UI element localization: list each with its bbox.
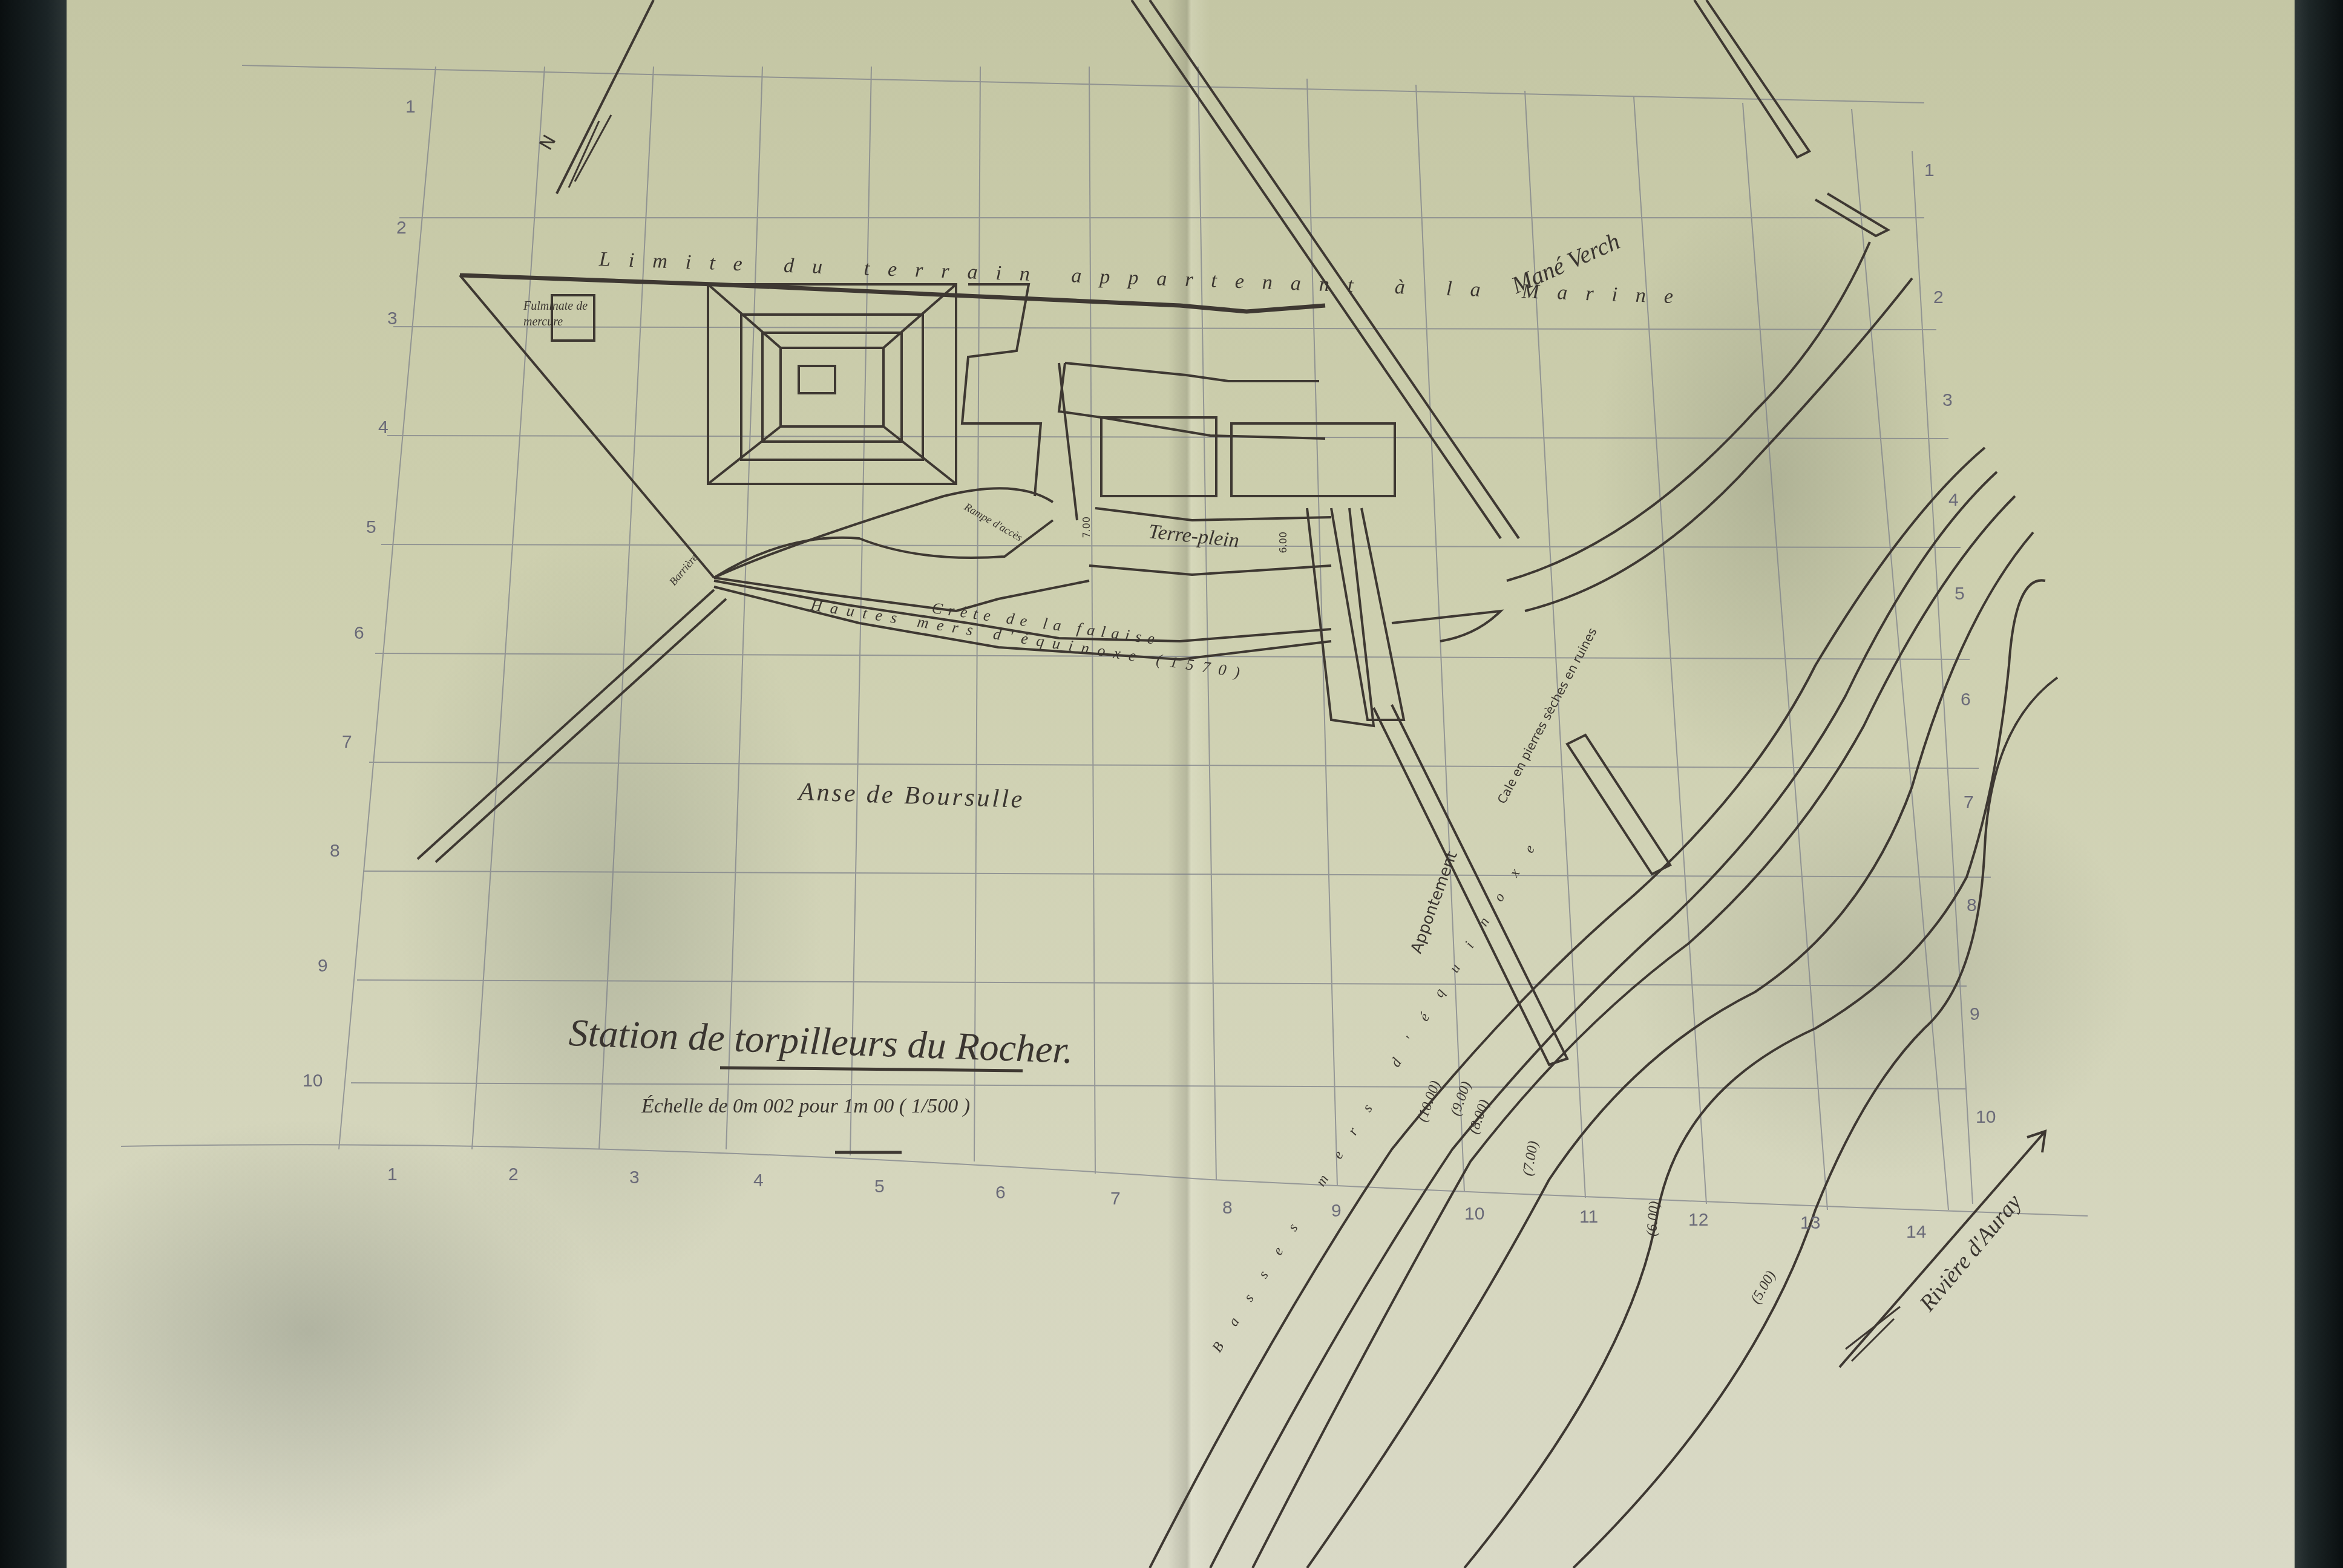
grid-y-tick-left: 8 [330,841,340,861]
grid-x-tick: 7 [1110,1189,1121,1209]
grid-y-tick-right: 3 [1942,390,1953,411]
grid-y-tick-right: 10 [1976,1107,1996,1128]
grid-y-tick-right: 1 [1924,160,1935,181]
grid-y-tick-right: 4 [1948,490,1959,511]
grid-y-tick-left: 3 [387,309,398,329]
grid-x-tick: 14 [1906,1222,1926,1243]
depth-contour-600: (6.00) [1644,1201,1663,1237]
grid-y-tick-right: 9 [1970,1004,1980,1025]
photo-stage: N Limite du terrain appartenant à la Mar… [0,0,2343,1568]
dimension-600: 6.00 [1277,532,1289,554]
grid-y-tick-left: 6 [354,623,364,644]
grid-x-tick: 2 [508,1165,519,1185]
grid-x-tick: 12 [1688,1210,1708,1230]
grid-x-tick: 1 [387,1165,398,1185]
grid-y-tick-left: 7 [342,732,352,753]
grid-x-tick: 10 [1464,1204,1484,1224]
map-scale: Échelle de 0m 002 pour 1m 00 ( 1/500 ) [641,1095,970,1118]
grid-y-tick-left: 1 [405,97,416,117]
grid-y-tick-right: 7 [1964,792,1974,813]
grid-x-tick: 3 [629,1168,640,1188]
ink-lines [418,0,2057,1568]
grid-y-tick-right: 6 [1961,690,1971,710]
grid-y-tick-left: 2 [396,218,407,238]
map-drawing [0,0,2343,1568]
grid-x-tick: 13 [1800,1213,1820,1233]
grid-x-tick: 8 [1222,1198,1233,1218]
fulminate-label: Fulminate de mercure [523,298,602,330]
grid-y-tick-left: 5 [366,517,376,538]
grid-y-tick-left: 10 [303,1071,323,1091]
grid-x-tick: 11 [1579,1207,1598,1227]
grid-x-tick: 9 [1331,1201,1342,1221]
grid-y-tick-left: 4 [378,417,388,438]
grid-y-tick-right: 2 [1933,287,1944,308]
grid-y-tick-right: 8 [1967,895,1977,916]
grid-x-tick: 5 [874,1177,885,1197]
grid-x-tick: 4 [753,1171,764,1191]
grid-y-tick-right: 5 [1955,584,1965,604]
grid-x-tick: 6 [995,1183,1006,1203]
dimension-700: 7.00 [1081,517,1092,538]
grid-y-tick-left: 9 [318,956,328,976]
